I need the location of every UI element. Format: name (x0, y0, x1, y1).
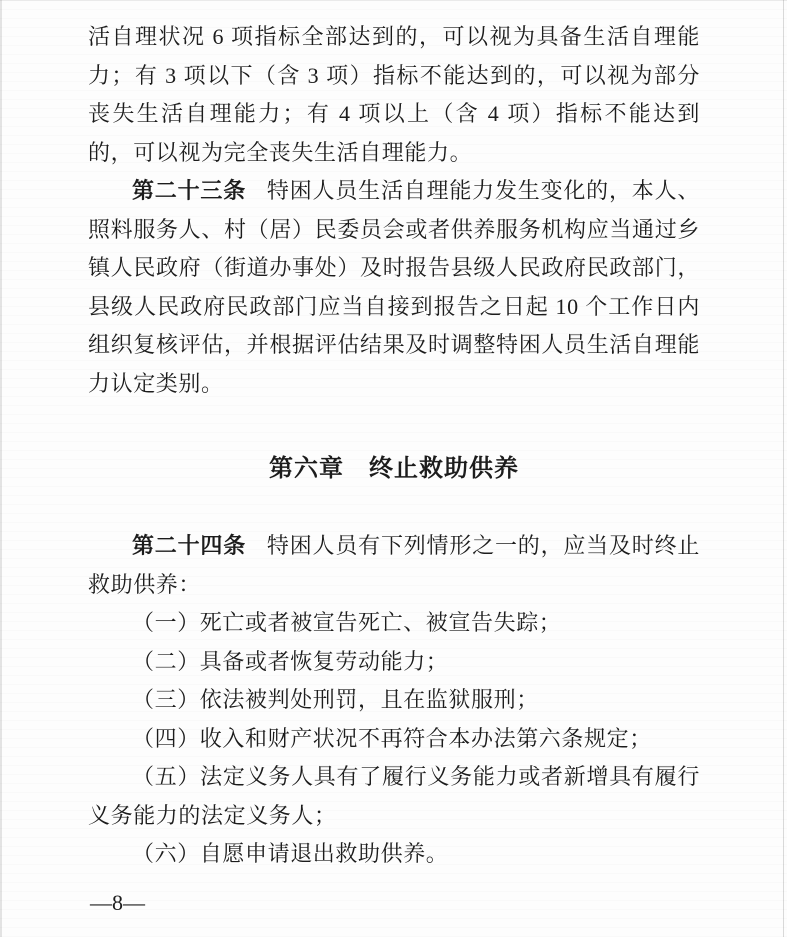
article-23-text: 特困人员生活自理能力发生变化的，本人、照料服务人、村（居）民委员会或者供养服务机… (88, 178, 700, 396)
chapter-6-heading: 第六章 终止救助供养 (88, 449, 700, 489)
list-item-3: （三）依法被判处刑罚，且在监狱服刑； (88, 681, 700, 720)
article-24-number: 第二十四条 (132, 533, 246, 558)
list-item-5: （五）法定义务人具有了履行义务能力或者新增具有履行义务能力的法定义务人； (88, 758, 700, 835)
list-item-6: （六）自愿申请退出救助供养。 (88, 835, 700, 874)
list-item-2: （二）具备或者恢复劳动能力； (88, 643, 700, 682)
list-item-1: （一）死亡或者被宣告死亡、被宣告失踪； (88, 604, 700, 643)
paragraph-article-23: 第二十三条特困人员生活自理能力发生变化的，本人、照料服务人、村（居）民委员会或者… (88, 172, 700, 403)
list-item-4: （四）收入和财产状况不再符合本办法第六条规定； (88, 720, 700, 759)
document-page: 活自理状况 6 项指标全部达到的，可以视为具备生活自理能力；有 3 项以下（含 … (0, 0, 787, 937)
article-23-number: 第二十三条 (132, 178, 246, 203)
paragraph-self-care-criteria: 活自理状况 6 项指标全部达到的，可以视为具备生活自理能力；有 3 项以下（含 … (88, 18, 700, 172)
page-number: —8— (90, 888, 700, 918)
paragraph-article-24: 第二十四条特困人员有下列情形之一的，应当及时终止救助供养： (88, 527, 700, 604)
